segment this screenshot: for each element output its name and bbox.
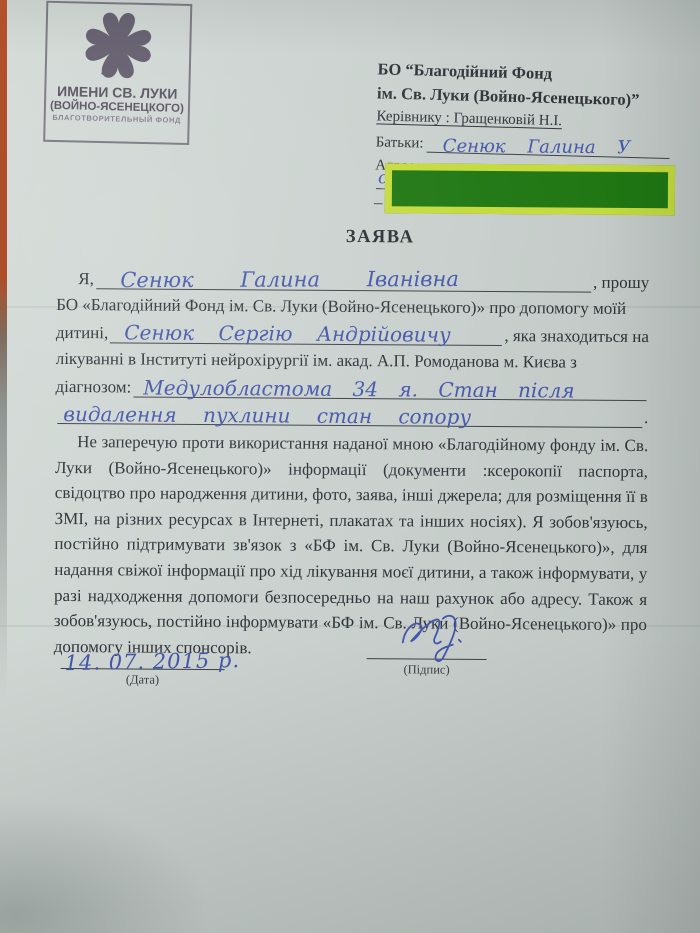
- date-handwritten-value: 14. 07. 2015 р.: [64, 648, 240, 675]
- document-photo: ИМЕНИ СВ. ЛУКИ (ВОЙНО-ЯСЕНЕЦКОГО) БЛАГОТ…: [0, 0, 700, 933]
- body-line-3: дитині, Сенюк Сергію Андрійовичу , яка з…: [56, 315, 649, 347]
- consent-paragraph: Не заперечую проти використання наданої …: [54, 429, 649, 663]
- parents-handwritten-value: Сенюк Галина У: [442, 136, 630, 159]
- name-blank-line: Сенюк Галина Іванівна: [96, 288, 591, 292]
- name-handwritten-value: Сенюк Галина Іванівна: [120, 267, 459, 292]
- child-blank-line: Сенюк Сергію Андрійовичу: [110, 342, 502, 346]
- stamp-line3: БЛАГОТВОРИТЕЛЬНЫЙ ФОНД: [46, 113, 188, 126]
- diagnosis-label: діагнозом:: [55, 377, 131, 398]
- child-label: дитині,: [56, 323, 108, 343]
- date-line: 14. 07. 2015 р.: [61, 632, 225, 670]
- body-line-6: видалення пухлини стан сопору .: [55, 396, 648, 428]
- after-name-text: , прошу: [593, 273, 649, 293]
- i-label: Я,: [56, 269, 94, 289]
- after-child-text: , яка знаходиться на: [504, 326, 649, 347]
- signature-scribble: [389, 612, 473, 665]
- parents-label: Батьки:: [376, 134, 424, 152]
- diagnosis-handwritten-line2: видалення пухлини стан сопору: [63, 402, 471, 429]
- paper-crease: [0, 306, 700, 308]
- photo-edge-strip: [0, 0, 7, 933]
- child-handwritten-value: Сенюк Сергію Андрійовичу: [124, 320, 450, 346]
- paper-crease: [0, 625, 700, 627]
- signature-line: [367, 622, 487, 660]
- document-title: ЗАЯВА: [84, 225, 677, 250]
- sentence-period: .: [644, 408, 648, 428]
- date-group: 14. 07. 2015 р. (Дата): [60, 632, 224, 688]
- foundation-stamp: ИМЕНИ СВ. ЛУКИ (ВОЙНО-ЯСЕНЕЦКОГО) БЛАГОТ…: [43, 1, 192, 145]
- diagnosis-blank-line2: видалення пухлини стан сопору: [57, 423, 642, 428]
- address-line3-dash: [374, 203, 383, 204]
- application-form: ИМЕНИ СВ. ЛУКИ (ВОЙНО-ЯСЕНЕЦКОГО) БЛАГОТ…: [0, 0, 700, 933]
- body-line-1: Я, Сенюк Галина Іванівна , прошу: [56, 261, 649, 293]
- clover-icon: [72, 6, 166, 84]
- redaction-box: [385, 163, 675, 215]
- signature-group: (Підпис): [367, 622, 487, 678]
